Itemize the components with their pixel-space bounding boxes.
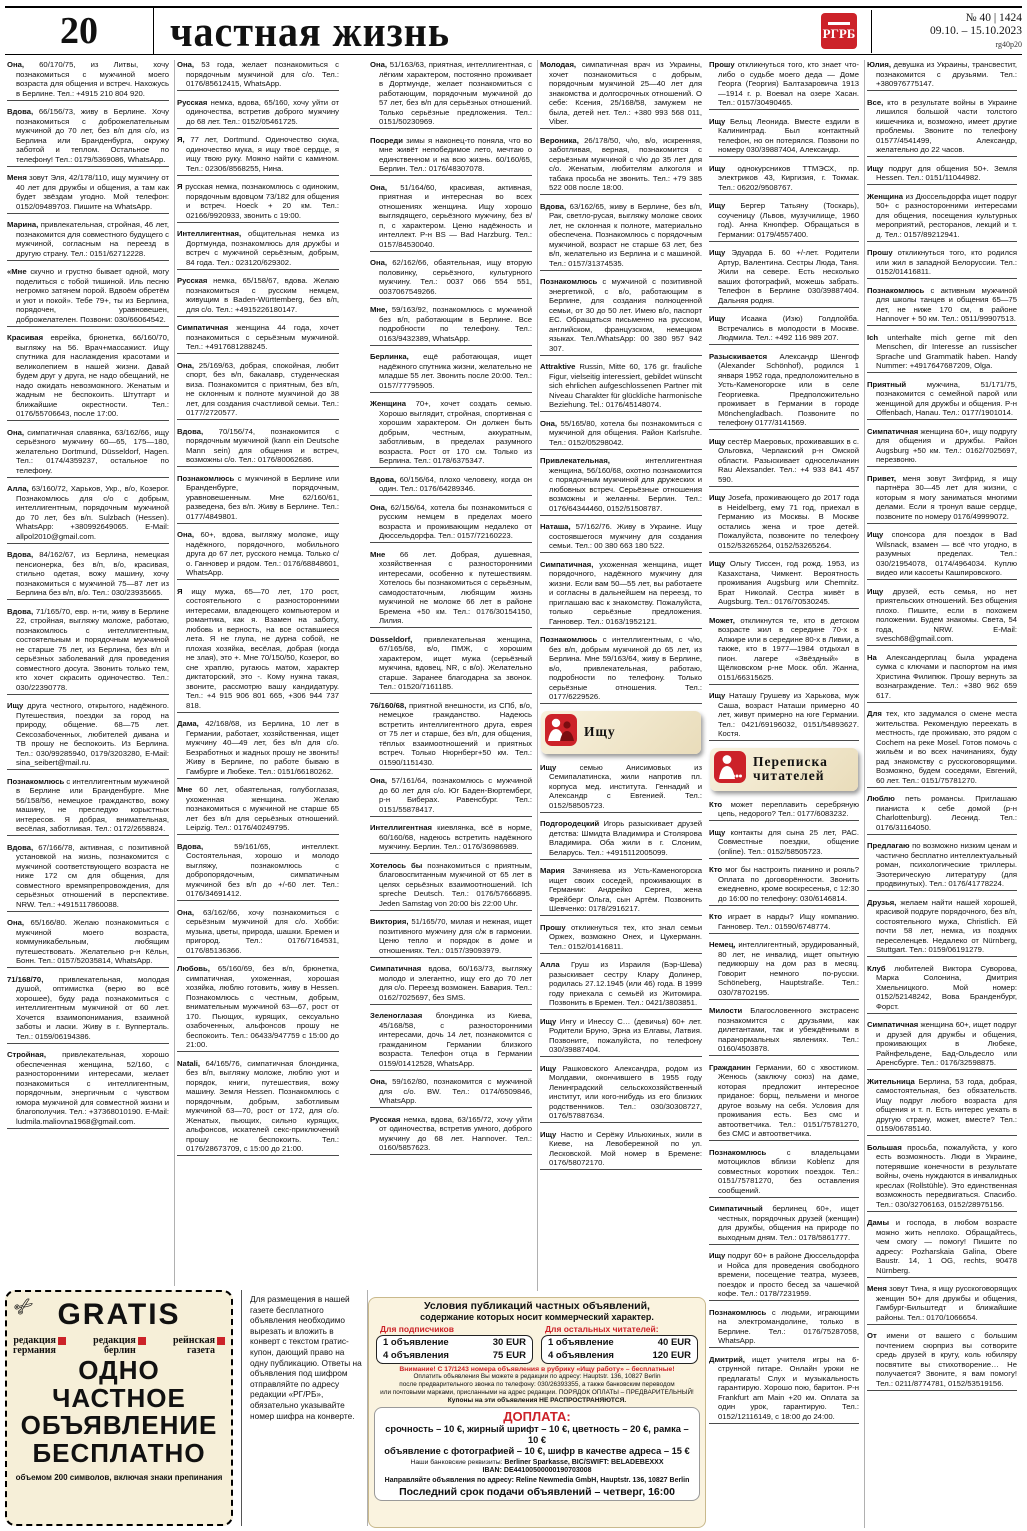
classified-ad: Ищу Ольгу Тиссен, год рожд. 1953, из Каз… (709, 559, 859, 609)
ad-lead: Клуб (867, 964, 894, 973)
price-label: 1 объявление (548, 1337, 614, 1350)
subscribers-caption: Для подписчиков (380, 1324, 533, 1334)
ad-lead: Ищу (709, 117, 730, 126)
classified-ad: Жительница Берлина, 53 года, добрая, сам… (867, 1077, 1017, 1137)
page-number: 20 (5, 9, 153, 53)
classified-ad: Познакомлюсь с активным мужчиной для шко… (867, 286, 1017, 327)
classified-ad: Она, 57/161/64, познакомлюсь с мужчиной … (370, 776, 532, 817)
classified-ad: Большая просьба, пожалуйста, у кого есть… (867, 1143, 1017, 1212)
classified-ad: Вдова, 70/156/74, познакомится с порядоч… (177, 427, 339, 468)
ad-lead: Она, (177, 60, 201, 69)
classified-ad: Она, 60/170/75, из Литвы, хочу познакоми… (7, 60, 169, 101)
ad-lead: От (867, 1331, 886, 1340)
classified-ad: Мне, 59/163/92, познакомлюсь с мужчиной … (370, 305, 532, 346)
ad-lead: Подгородецкий (540, 819, 604, 828)
brand-line: берлин (104, 1345, 136, 1356)
ad-lead: Я (177, 587, 191, 596)
ad-lead: Мария (540, 866, 573, 875)
classified-ad: Посреди зимы я наконец-то поняла, что во… (370, 136, 532, 177)
red-square-icon (58, 1337, 66, 1345)
ad-lead: Друзья, (867, 898, 900, 907)
ad-lead: Ищу (540, 1064, 563, 1073)
classified-ad: Вероника, 26/178/50, ч/ю, в/о, искренняя… (540, 136, 702, 196)
bank-line: Berliner Sparkasse, BIC/SWIFT: BELADEBEX… (504, 1459, 663, 1466)
classified-ad: Ищу Josefa, проживающего до 2017 года в … (709, 493, 859, 553)
price-value: 40 EUR (658, 1337, 691, 1350)
people-icon (545, 714, 577, 751)
ad-lead: Ищу (709, 164, 738, 173)
classified-ad: Юлия, девушка из Украины, трансвестит, п… (867, 60, 1017, 91)
ad-lead: Симпатичная (177, 323, 236, 332)
ad-lead: Ищу (867, 587, 893, 596)
ad-lead: Вдова, (7, 107, 39, 116)
brand-line: газета (187, 1345, 215, 1356)
section-title: частная жизнь (154, 6, 821, 57)
classified-ad: Вдова, 59/161/65, интеллект. Состоятельн… (177, 842, 339, 902)
ad-lead: Милости (709, 1006, 750, 1015)
columns-1-2-block: Она, 60/170/75, из Литвы, хочу познакоми… (5, 60, 368, 1528)
classified-ad: Русская немка, 65/158/67, вдова. Желаю п… (177, 276, 339, 317)
ad-lead: Берлинка, (370, 352, 423, 361)
classified-ad: Алла Груш из Израиля (Бэр-Шева) разыскив… (540, 960, 702, 1010)
classified-ad: Симпатичная женщина 60+, ищет подруг и д… (867, 1020, 1017, 1070)
ad-lead: Она, (7, 60, 39, 69)
columns-3-4-block: Она, 51/163/63, приятная, интеллигентная… (368, 60, 707, 1528)
ad-lead: Она, (370, 258, 392, 267)
classified-ad: Прошу откликнуться тех, кто знал семьи О… (540, 923, 702, 954)
ad-lead: Молодая, (540, 60, 582, 69)
ad-lead: Вероника, (540, 136, 584, 145)
brand-reinskaya-gazeta: рейнская газета (173, 1336, 225, 1355)
ad-lead: Юлия, (867, 60, 894, 69)
classified-ad: Симпатичная вдова, 60/163/73, выгляжу мо… (370, 964, 532, 1005)
price-value: 30 EUR (493, 1337, 526, 1350)
classified-ad: Наташа, 57/162/76. Живу в Украине. Ищу с… (540, 522, 702, 553)
classified-ad: Интеллигентная, общительная немка из Дор… (177, 229, 339, 270)
gratis-coupon: ✄ GRATIS редакция германия редакция берл… (5, 1290, 233, 1526)
classified-ad: Я ищу мужа, 65—70 лет, 170 рост, состоят… (177, 587, 339, 713)
ad-lead: Познакомлюсь (867, 286, 931, 295)
ad-lead: Женщина (867, 192, 905, 201)
classified-ad: Для тех, кто задумался о смене места жит… (867, 709, 1017, 788)
ad-lead: Она, (7, 428, 27, 437)
ad-lead: Женщина (370, 399, 416, 408)
others-caption: Для остальных читателей: (545, 1324, 698, 1334)
classified-ad: Привлекательная, интеллигентная женщина,… (540, 456, 702, 516)
classified-ad: От имени от вашего с большим почтением с… (867, 1331, 1017, 1391)
classified-ad: Вдова, 84/162/67, из Берлина, немецкая п… (7, 550, 169, 600)
classified-ad: Клуб любителей Виктора Суворова, Марка С… (867, 964, 1017, 1014)
ad-lead: 71/168/70, (7, 975, 59, 984)
classified-ad: Милости Благословенного экстрасенс позна… (709, 1006, 859, 1056)
ad-lead: Гражданин (709, 1063, 756, 1072)
ad-lead: Симпатичная (867, 427, 920, 436)
ad-lead: «Мне (7, 267, 30, 276)
ad-lead: Она, (540, 419, 561, 428)
classified-ad: Познакомлюсь с мужчиной в Берлине или Бр… (177, 474, 339, 524)
price-label: 4 объявления (548, 1350, 614, 1363)
classified-ad: Вдова, 67/166/78, активная, с позитивной… (7, 843, 169, 912)
classified-ad: Ищу Настю и Серёжу Ильюхиных, жили в Кие… (540, 1130, 702, 1171)
classified-ad: Она, симпатичная славянка, 63/162/66, ищ… (7, 428, 169, 478)
classified-ad: Я, 77 лет, Dortmund. Одиночество скука, … (177, 135, 339, 176)
ad-lead: Посреди (370, 136, 406, 145)
column-4: Молодая, симпатичная врач из Украины, хо… (538, 60, 707, 1291)
ad-lead: Познакомлюсь (709, 1308, 772, 1317)
ad-lead: Прошу (709, 60, 738, 69)
issue-dates: 09.10. – 15.10.2023 (884, 25, 1022, 38)
coupon-instructions: Для размещения в нашей газете бесплатног… (241, 1290, 362, 1526)
classified-ad: Ищу друга честного, открытого, надёжного… (7, 701, 169, 770)
ad-lead: Она, (370, 776, 391, 785)
surcharge-box: ДОПЛАТА: срочность – 10 €, жирный шрифт … (374, 1407, 700, 1501)
ad-lead: Ищу (709, 828, 731, 837)
ad-lead: Она, (177, 908, 203, 917)
classified-ad: Мне 66 лет. Добрая, душевная, хозяйствен… (370, 550, 532, 629)
classified-ad: Познакомлюсь с интеллигентным мужчиной в… (7, 777, 169, 837)
classified-ad: Дамы и господа, в любом возрасте можно ж… (867, 1218, 1017, 1278)
classified-ad: На Александерплац была украдена сумка с … (867, 653, 1017, 703)
classified-ad: Ищу однокурсников ТТМЭСХ, пр. электриков… (709, 164, 859, 195)
classified-ad: Меня зовут Тина, я ищу русскоговорящих ж… (867, 1284, 1017, 1325)
ad-lead: Любовь, (177, 964, 218, 973)
classified-ad: Хотелось бы познакомиться с приятным, бл… (370, 861, 532, 911)
classified-ad: Она, 25/169/63, добрая, спокойная, любит… (177, 361, 339, 421)
classified-ad: Она, 65/166/80. Желаю познакомиться с му… (7, 918, 169, 968)
classified-ad: Она, 62/156/64, хотела бы познакомиться … (370, 503, 532, 544)
ad-lead: Natali, (177, 1059, 206, 1068)
classified-ad: Ищу Наташу Грушеву из Харькова, муж Саша… (709, 691, 859, 741)
ad-lead: Симпатичная (370, 964, 428, 973)
ad-lead: Мне (177, 785, 199, 794)
ad-lead: Ищу (709, 314, 741, 323)
ad-lead: Дмитрий, (709, 1355, 752, 1364)
classified-ad: Ищу друзей, есть семья, но нет приятельс… (867, 587, 1017, 647)
classified-ad: Любовь, 65/160/69, без в/п, брюнетка, си… (177, 964, 339, 1052)
classified-ad: Русская немка, вдова, 63/165/72, хочу уй… (370, 1115, 532, 1156)
brand-redaktsia-berlin: редакция берлин (93, 1336, 146, 1355)
classifieds-area: Она, 60/170/75, из Литвы, хочу познакоми… (5, 60, 1022, 1528)
classified-ad: Attraktive Russin, Mitte 60, 176 gr. fra… (540, 362, 702, 412)
ad-lead: Она, (370, 183, 400, 192)
bank-caption: Наши банковские реквизиты: (410, 1459, 502, 1466)
ad-lead: Может, (709, 616, 740, 625)
edge-code: rg40p20 (884, 38, 1022, 51)
ad-lead: Интеллигентная (370, 823, 437, 832)
classified-ad: Красивая еврейка, брюнетка, 66/160/70, в… (7, 333, 169, 421)
ad-lead: Вдова, (177, 842, 234, 851)
ad-lead: Для (867, 709, 886, 718)
classified-ad: Она, 51/163/63, приятная, интеллигентная… (370, 60, 532, 129)
ad-lead: Разыскивается (709, 352, 779, 361)
classified-ad: Может, откликнутся те, кто в детском воз… (709, 616, 859, 685)
ad-lead: Большая (867, 1143, 907, 1152)
ad-lead: Привлекательная, (540, 456, 645, 465)
surcharge-line: объявление с фотографией – 10 €, шифр в … (379, 1446, 695, 1457)
issue-info: № 40 | 1424 09.10. – 15.10.2023 rg40p20 (871, 10, 1022, 53)
ad-lead: Вдова, (540, 202, 570, 211)
ad-lead: Привет, (867, 474, 902, 483)
classified-ad: Ищу Бельц Леонида. Вместе ездили в Калин… (709, 117, 859, 158)
conditions-title: Условия публикаций частных объявлений, (374, 1301, 700, 1313)
classified-ad: Вдова, 71/165/70, евр. н-ти, живу в Берл… (7, 607, 169, 695)
ad-lead: Ищу (709, 559, 730, 568)
classified-ad: Немец, интеллигентный, эрудированный, 80… (709, 940, 859, 1000)
payment-info: Оплатить объявления Вы можете в редакции… (374, 1373, 700, 1404)
ad-lead: Приятный (867, 380, 927, 389)
ad-lead: Она, (370, 1077, 392, 1086)
ad-lead: Ищу (540, 1017, 560, 1026)
classified-ad: Познакомлюсь с интеллигентным, с ч/ю, бе… (540, 635, 702, 704)
classified-ad: Ищу спонсора для поездок в Bad Wilsnack,… (867, 530, 1017, 580)
payment-line: Купоны на эти объявления НЕ РАСПРОСТРАНЯ… (448, 1397, 626, 1404)
ad-lead: Предлагаю (867, 841, 912, 850)
logo-text: РГРБ (823, 27, 856, 40)
ad-lead: Она, (177, 361, 199, 370)
classified-ad: Ich unterhalte mich gerne mit den Mensch… (867, 333, 1017, 374)
ad-lead: Виктория, (370, 917, 411, 926)
classified-ad: Берлинка, ещё работающая, ищет надёжного… (370, 352, 532, 393)
ad-lead: Стройная, (7, 1050, 62, 1059)
classified-ad: Люблю петь романсы. Приглашаю пианиста к… (867, 794, 1017, 835)
classified-ad: Вдова, 60/156/64, плохо человеку, когда … (370, 475, 532, 497)
classified-ad: 71/168/70, привлекательная, молодая душо… (7, 975, 169, 1044)
payment-line: Оплатить объявления Вы можете в редакции… (374, 1373, 700, 1381)
ad-lead: Симпатичный (709, 1204, 772, 1213)
ad-lead: Вдова, (7, 550, 39, 559)
classified-ad: Марина, привлекательная, стройная, 46 ле… (7, 220, 169, 261)
brand-row: редакция германия редакция берлин рейнск… (13, 1336, 225, 1355)
ad-lead: Ищу (709, 691, 729, 700)
classified-ad: Вдова, 66/156/73, живу в Берлине. Хочу п… (7, 107, 169, 167)
classified-ad: Интеллигентная киевлянка, всё в норме, 6… (370, 823, 532, 854)
deadline: Последний срок подачи объявлений – четве… (379, 1486, 695, 1498)
classified-ad: Ищу Бергер Татьяну (Тоскарь), соученицу … (709, 201, 859, 242)
ad-lead: Жительница (867, 1077, 919, 1086)
ad-lead: Русская (370, 1115, 404, 1124)
price-value: 75 EUR (493, 1350, 526, 1363)
ad-lead: Attraktive (540, 362, 579, 371)
send-address: Направляйте объявления по адресу: Reline… (385, 1477, 690, 1484)
ad-lead: Кто (709, 865, 725, 874)
ad-lead: Ищу (709, 248, 731, 257)
ad-lead: Прошу (540, 923, 571, 932)
ad-lead: Дама, (177, 719, 205, 728)
section-header-ishchu: Ищу (541, 711, 701, 754)
ad-lead: Прошу (867, 248, 898, 257)
classified-ad: Она, 62/162/66, обаятельная, ищу вторую … (370, 258, 532, 299)
ad-lead: 76/160/68, (370, 701, 409, 710)
ad-lead: Русская (177, 98, 211, 107)
column-5: Прошу откликнуться того, кто знает что-л… (707, 60, 865, 1528)
ad-lead: Ищу (7, 701, 27, 710)
classified-ad: Она, 63/162/66, хочу познакомиться с сер… (177, 908, 339, 958)
classified-ad: Симпатичный берлинец 60+, ищет честных, … (709, 1204, 859, 1245)
ad-lead: Хотелось бы (370, 861, 427, 870)
classified-ad: Она, 53 года, желает познакомиться с пор… (177, 60, 339, 91)
ad-lead: Интеллигентная, (177, 229, 248, 238)
ad-lead: Познакомлюсь (709, 1148, 787, 1157)
classified-ad: Русская немка, вдова, 65/160, хочу уйти … (177, 98, 339, 129)
red-square-icon (138, 1337, 146, 1345)
classified-ad: Предлагаю по возможно низким ценам и час… (867, 841, 1017, 891)
classified-ad: Привет, меня зовут Зигфрид, я ищу партнё… (867, 474, 1017, 524)
column-1: Она, 60/170/75, из Литвы, хочу познакоми… (5, 60, 175, 1286)
classified-ad: Кто мог бы настроить пианино и рояль? Оп… (709, 865, 859, 906)
classified-ad: Ищу подруг 60+ в районе Дюссельдорфа и Н… (709, 1251, 859, 1301)
section-header-perepiska: Перепискачитателей (710, 748, 858, 791)
payment-line: или почтовыми марками, присланными на ад… (374, 1389, 700, 1397)
ad-lead: Она, (177, 530, 201, 539)
classified-ad: Natali, 64/165/76, симпатичная блондинка… (177, 1059, 339, 1157)
classified-ad: Симпатичная женщина 44 года, хочет позна… (177, 323, 339, 354)
classified-ad: Düsseldorf, привлекательная женщина, 67/… (370, 635, 532, 695)
price-label: 1 объявление (383, 1337, 449, 1350)
ad-lead: Я, (177, 135, 190, 144)
coupon-headline-line: ОБЪЯВЛЕНИЕ (13, 1412, 225, 1440)
classified-ad: Дама, 42/168/68, из Берлина, 10 лет в Ге… (177, 719, 339, 779)
price-value: 120 EUR (652, 1350, 691, 1363)
ad-lead: Мне, (370, 305, 392, 314)
newspaper-page: { "header": { "page_number": "20", "sect… (0, 0, 1027, 1531)
classified-ad: Гражданин Германии, 60 с хвостиком. Женю… (709, 1063, 859, 1142)
column-3: Она, 51/163/63, приятная, интеллигентная… (368, 60, 538, 1291)
ad-lead: Алла (540, 960, 571, 969)
page-header: 20 частная жизнь РГРБ № 40 | 1424 09.10.… (5, 8, 1022, 55)
classified-ad: Молодая, симпатичная врач из Украины, хо… (540, 60, 702, 129)
ad-lead: Ищу (867, 164, 889, 173)
logo-bar (828, 22, 850, 25)
classified-ad: Ищу подруг для общения 50+. Земля Hessen… (867, 164, 1017, 186)
subscribers-prices: Для подписчиков 1 объявление30 EUR 4 объ… (376, 1324, 533, 1364)
gratis-title: GRATIS (13, 1298, 225, 1332)
ad-lead: Я (177, 182, 185, 191)
ad-lead: Вдова, (177, 427, 219, 436)
ad-lead: Все, (867, 98, 887, 107)
classified-ad: Познакомлюсь с владельцами мотоциклов вб… (709, 1148, 859, 1198)
coupon-headline: ОДНО ЧАСТНОЕ ОБЪЯВЛЕНИЕ БЕСПЛАТНО (13, 1357, 225, 1467)
classified-ad: Меня зовут Эля, 42/178/110, ищу мужчину … (7, 173, 169, 214)
price-label: 4 объявления (383, 1350, 449, 1363)
coupon-headline-line: БЕСПЛАТНО (13, 1440, 225, 1468)
ad-lead: Ich (867, 333, 887, 342)
ad-lead: Ищу (540, 763, 580, 772)
classified-ad: Кто может переплавить серебряную цепь, н… (709, 800, 859, 822)
classified-ad: Ищу Исаака (Изю) Голдлойба. Встречались … (709, 314, 859, 345)
ad-lead: Меня (7, 173, 29, 182)
coupon-note: объемом 200 символов, включая знаки преп… (13, 1473, 225, 1482)
classified-ad: Познакомлюсь с людьми, играющими на элек… (709, 1308, 859, 1349)
ad-lead: Наташа, (540, 522, 576, 531)
newspaper-logo: РГРБ (821, 13, 857, 49)
classified-ad: Я русская немка, познакомлюсь с одиноким… (177, 182, 339, 223)
ad-lead: Ищу (709, 1251, 728, 1260)
ad-lead: Мне (370, 550, 400, 559)
bank-details: Наши банковские реквизиты: Berliner Spar… (379, 1459, 695, 1475)
classified-ad: Женщина из Дюссельдорфа ищет подруг 50+ … (867, 192, 1017, 242)
ad-lead: Симпатичная, (540, 560, 599, 569)
ad-lead: Зеленоглазая (370, 1011, 436, 1020)
classified-ad: Ищу семью Анисимовых из Семипалатинска, … (540, 763, 702, 813)
ad-lead: Ищу (867, 530, 892, 539)
classified-ad: Кто играет в нарды? Ищу компанию. Ганнов… (709, 912, 859, 934)
ad-lead: Кто (709, 800, 731, 809)
ad-lead: Она, (370, 503, 391, 512)
ad-lead: Она, (370, 60, 390, 69)
column-6: Юлия, девушка из Украины, трансвестит, п… (865, 60, 1022, 1528)
classified-ad: «Мне скучно и грустно бывает одной, могу… (7, 267, 169, 327)
ad-lead: Алла, (7, 484, 32, 493)
classified-ad: Разыскивается Александр Шенгоф (Alexande… (709, 352, 859, 431)
classified-ad: Дмитрий, ищет учителя игры на 6-струнной… (709, 1355, 859, 1424)
classified-ad: Виктория, 51/165/70, милая и нежная, ище… (370, 917, 532, 958)
coupon-headline-line: ЧАСТНОЕ (13, 1385, 225, 1413)
issue-number: № 40 | 1424 (884, 12, 1022, 25)
classified-ad: Она, 51/164/60, красивая, активная, прия… (370, 183, 532, 252)
classified-ad: Все, кто в результате войны в Украине ли… (867, 98, 1017, 158)
conditions-subtitle: содержание которых носит коммерческий ха… (374, 1312, 700, 1322)
classified-ad: Ищу Рашковского Александра, родом из Мол… (540, 1064, 702, 1124)
classified-ad: Прошу откликнуться того, кто знает что-л… (709, 60, 859, 110)
other-readers-prices: Для остальных читателей: 1 объявление40 … (541, 1324, 698, 1364)
ad-lead: Познакомлюсь (177, 474, 238, 483)
free-ad-coupon-area: ✄ GRATIS редакция германия редакция берл… (5, 1290, 368, 1526)
ad-lead: Познакомлюсь (540, 277, 602, 286)
ad-lead: Ищу (540, 1130, 560, 1139)
classified-ad: Подгородецкий Игорь разыскивает друзей д… (540, 819, 702, 860)
ad-lead: Она, (7, 918, 31, 927)
ad-lead: Познакомлюсь (540, 635, 603, 644)
classified-ad: Прошу откликнуться того, кто родился или… (867, 248, 1017, 279)
classified-ad: Друзья, желаем найти нашей хорошей, крас… (867, 898, 1017, 958)
column-2: Она, 53 года, желает познакомиться с пор… (175, 60, 344, 1286)
red-square-icon (217, 1337, 225, 1345)
brand-redaktsia-germania: редакция германия (13, 1336, 66, 1355)
classified-ad: Она, 60+, вдова, выгляжу моложе, ищу над… (177, 530, 339, 580)
ad-lead: Симпатичная (867, 1020, 921, 1029)
ad-lead: Ищу (709, 493, 728, 502)
ad-lead: Вдова, (7, 843, 38, 852)
classified-ad: Вдова, 63/162/65, живу в Берлине, без в/… (540, 202, 702, 271)
classified-ad: 76/160/68, приятной внешности, из СПб, в… (370, 701, 532, 770)
classified-ad: Симпатичная женщина 60+, ищу подругу для… (867, 427, 1017, 468)
price-tables: Для подписчиков 1 объявление30 EUR 4 объ… (376, 1324, 698, 1364)
ad-lead: Красивая (7, 333, 50, 342)
ad-lead: Вдова, (370, 475, 400, 484)
ad-lead: Вдова, (7, 607, 36, 616)
ad-lead: Марина, (7, 220, 41, 229)
ad-lead: Русская (177, 276, 213, 285)
ad-lead: Düsseldorf, (370, 635, 424, 644)
classified-ad: Женщина 70+, хочет создать семью. Хорошо… (370, 399, 532, 468)
classified-ad: Стройная, привлекательная, хорошо обеспе… (7, 1050, 169, 1129)
brand-line: германия (13, 1345, 56, 1356)
classified-ad: Приятный мужчина, 51/171/75, познакомитс… (867, 380, 1017, 421)
classified-ad: Познакомлюсь с мужчиной с позитивной эне… (540, 277, 702, 356)
ad-lead: Дамы (867, 1218, 896, 1227)
ad-lead: Ищу (709, 201, 740, 210)
ad-lead: Ищу (709, 437, 728, 446)
classified-ad: Мария Зачиняева из Усть-Каменогорска ище… (540, 866, 702, 916)
section-header-label: Перепискачитателей (753, 755, 828, 783)
surcharge-title: ДОПЛАТА: (379, 1409, 695, 1424)
classified-ad: Мне 60 лет, обаятельная, голубоглазая, у… (177, 785, 339, 835)
ad-lead: Немец, (709, 940, 738, 949)
ad-lead: Люблю (867, 794, 905, 803)
paid-ads-conditions-box: Условия публикаций частных объявлений, с… (368, 1297, 706, 1528)
surcharge-line: срочность – 10 €, жирный шрифт – 10 €, ц… (379, 1424, 695, 1446)
section-header-label: Ищу (584, 725, 616, 739)
